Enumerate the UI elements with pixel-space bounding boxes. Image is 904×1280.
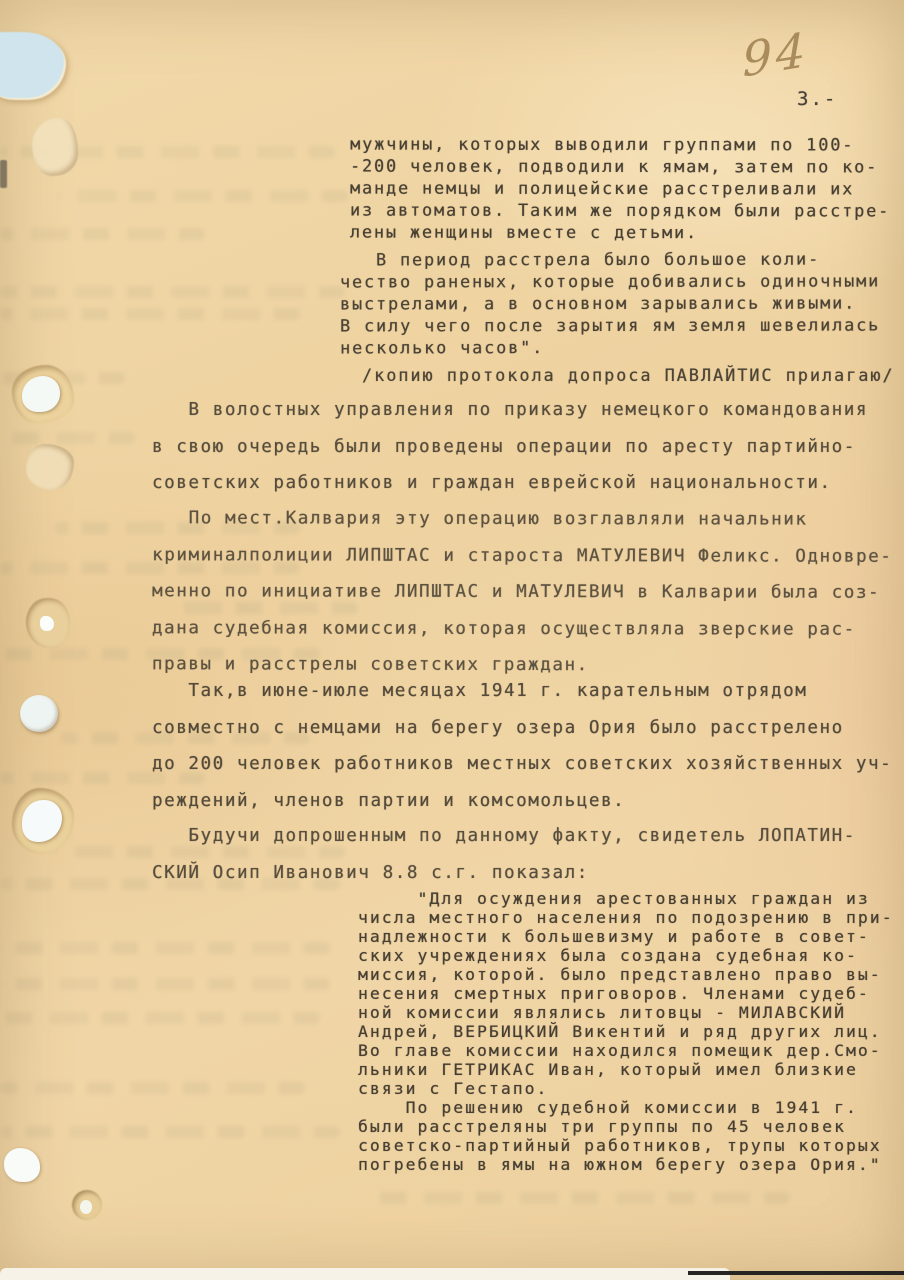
bleedthrough-line (0, 978, 330, 990)
punch-hole (22, 376, 60, 412)
bleedthrough-line (0, 1012, 320, 1024)
paragraph-witness: Будучи допрошенным по данному факту, сви… (152, 818, 856, 891)
paragraph-kalvaria: По мест.Калвария эту операцию возглавлял… (152, 500, 893, 684)
paragraph-lake-oriya: Так,в июне-июле месяцах 1941 г. каратель… (152, 673, 892, 819)
bleedthrough-line (0, 432, 135, 444)
edge-mark (0, 160, 7, 188)
bleedthrough-line (0, 942, 330, 954)
bleedthrough-line (0, 308, 300, 320)
bleedthrough-line (0, 286, 345, 298)
handwritten-page-number: 94 (742, 22, 810, 88)
quote-block-wounded: В период расстрела было большое коли- че… (340, 248, 880, 359)
bottom-hole (4, 1148, 40, 1182)
typed-page-number: 3.- (797, 88, 837, 110)
bleedthrough-line (0, 1126, 340, 1138)
attachment-note: /копию протокола допроса ПАВЛАЙТИС прила… (362, 364, 895, 386)
paper-crease (32, 118, 78, 176)
small-hole (40, 616, 54, 631)
bleedthrough-line (370, 1192, 790, 1204)
bottom-edge-strip (0, 1268, 730, 1280)
bleedthrough-line (0, 228, 205, 240)
document-page: 94 3.- мужчины, которых выводили группам… (0, 0, 904, 1280)
punch-hole (20, 695, 58, 732)
torn-corner-patch (0, 32, 64, 98)
quote-block-shootings: мужчины, которых выводили группами по 10… (350, 133, 890, 244)
bleedthrough-line (58, 190, 348, 202)
paragraph-volost: В волостных управления по приказу немецк… (152, 392, 868, 502)
small-hole-center (80, 1200, 92, 1214)
bottom-edge-line (688, 1271, 904, 1275)
paper-crease (26, 444, 74, 490)
quote-block-commission: "Для осуждения арестованных граждан из ч… (358, 889, 894, 1174)
bleedthrough-line (0, 1082, 305, 1094)
